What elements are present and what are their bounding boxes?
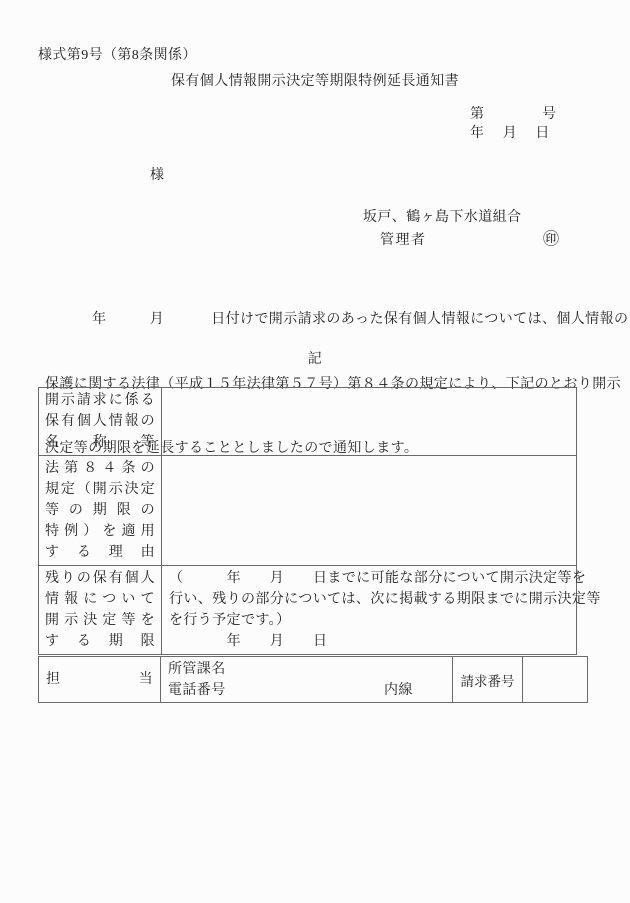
document-title: 保有個人情報開示決定等期限特例延長通知書 <box>0 70 630 90</box>
label-line: 保有個人情報の <box>45 411 155 432</box>
label-line: 等の期限の <box>45 500 155 521</box>
label-line: 法第８４条の <box>45 458 155 479</box>
document-number-line: 第 号 <box>470 105 556 124</box>
row-label-deadline: 残りの保有個人 情報について 開示決定等を する期限 <box>39 566 162 655</box>
contact-table: 担当 所管課名 電話番号 内線 請求番号 <box>38 656 588 703</box>
tanto-cell: 担当 <box>39 657 161 703</box>
table-row: 法第８４条の 規定（開示決定 等の期限の 特例）を適用 する理由 <box>39 456 577 566</box>
request-number-label-cell: 請求番号 <box>453 657 523 703</box>
label-line: 情報について <box>45 589 155 610</box>
tanto-label: 担当 <box>46 669 153 690</box>
row-label-name: 開示請求に係る 保有個人情報の 名称等 <box>39 388 162 456</box>
ki-heading: 記 <box>0 348 630 368</box>
sender-organization: 坂戸、鶴ヶ島下水道組合 <box>363 206 521 226</box>
request-number-value-cell <box>523 657 588 703</box>
value-cell-reason <box>162 456 577 566</box>
body-line: 年 月 日付けで開示請求のあった保有個人情報については、個人情報の <box>45 309 628 331</box>
document-date-line: 年 月 日 <box>470 124 550 143</box>
value-line: 年 月 日 <box>169 631 576 652</box>
department-name-label: 所管課名 <box>168 659 452 680</box>
department-cell: 所管課名 電話番号 内線 <box>161 657 453 703</box>
label-line: する期限 <box>45 631 155 652</box>
label-line: 名称等 <box>45 432 155 453</box>
row-label-reason: 法第８４条の 規定（開示決定 等の期限の 特例）を適用 する理由 <box>39 456 162 566</box>
table-row: 開示請求に係る 保有個人情報の 名称等 <box>39 388 577 456</box>
value-cell-deadline: （ 年 月 日までに可能な部分について開示決定等を 行い、残りの部分については、… <box>162 566 577 655</box>
label-line: 残りの保有個人 <box>45 568 155 589</box>
value-cell-name <box>162 388 577 456</box>
phone-extension-label: 電話番号 内線 <box>168 680 452 701</box>
label-line: 開示決定等を <box>45 610 155 631</box>
table-row: 担当 所管課名 電話番号 内線 請求番号 <box>39 657 588 703</box>
sender-role: 管理者 <box>380 229 427 249</box>
label-line: 開示請求に係る <box>45 390 155 411</box>
value-line: 行い、残りの部分については、次に掲載する期限までに開示決定等 <box>169 589 576 610</box>
value-line: を行う予定です。） <box>169 610 576 631</box>
label-line: する理由 <box>45 542 155 563</box>
seal-mark-icon: ㊞ <box>543 226 559 249</box>
label-line: 規定（開示決定 <box>45 479 155 500</box>
document-page: 様式第9号（第8条関係） 保有個人情報開示決定等期限特例延長通知書 第 号 年 … <box>0 0 630 903</box>
table-row: 残りの保有個人 情報について 開示決定等を する期限 （ 年 月 日までに可能な… <box>39 566 577 655</box>
form-number: 様式第9号（第8条関係） <box>38 44 197 64</box>
addressee-sama: 様 <box>150 164 164 184</box>
label-line: 特例）を適用 <box>45 521 155 542</box>
main-table: 開示請求に係る 保有個人情報の 名称等 法第８４条の 規定（開示決定 等の期限の… <box>38 387 577 655</box>
value-line: （ 年 月 日までに可能な部分について開示決定等を <box>169 568 576 589</box>
